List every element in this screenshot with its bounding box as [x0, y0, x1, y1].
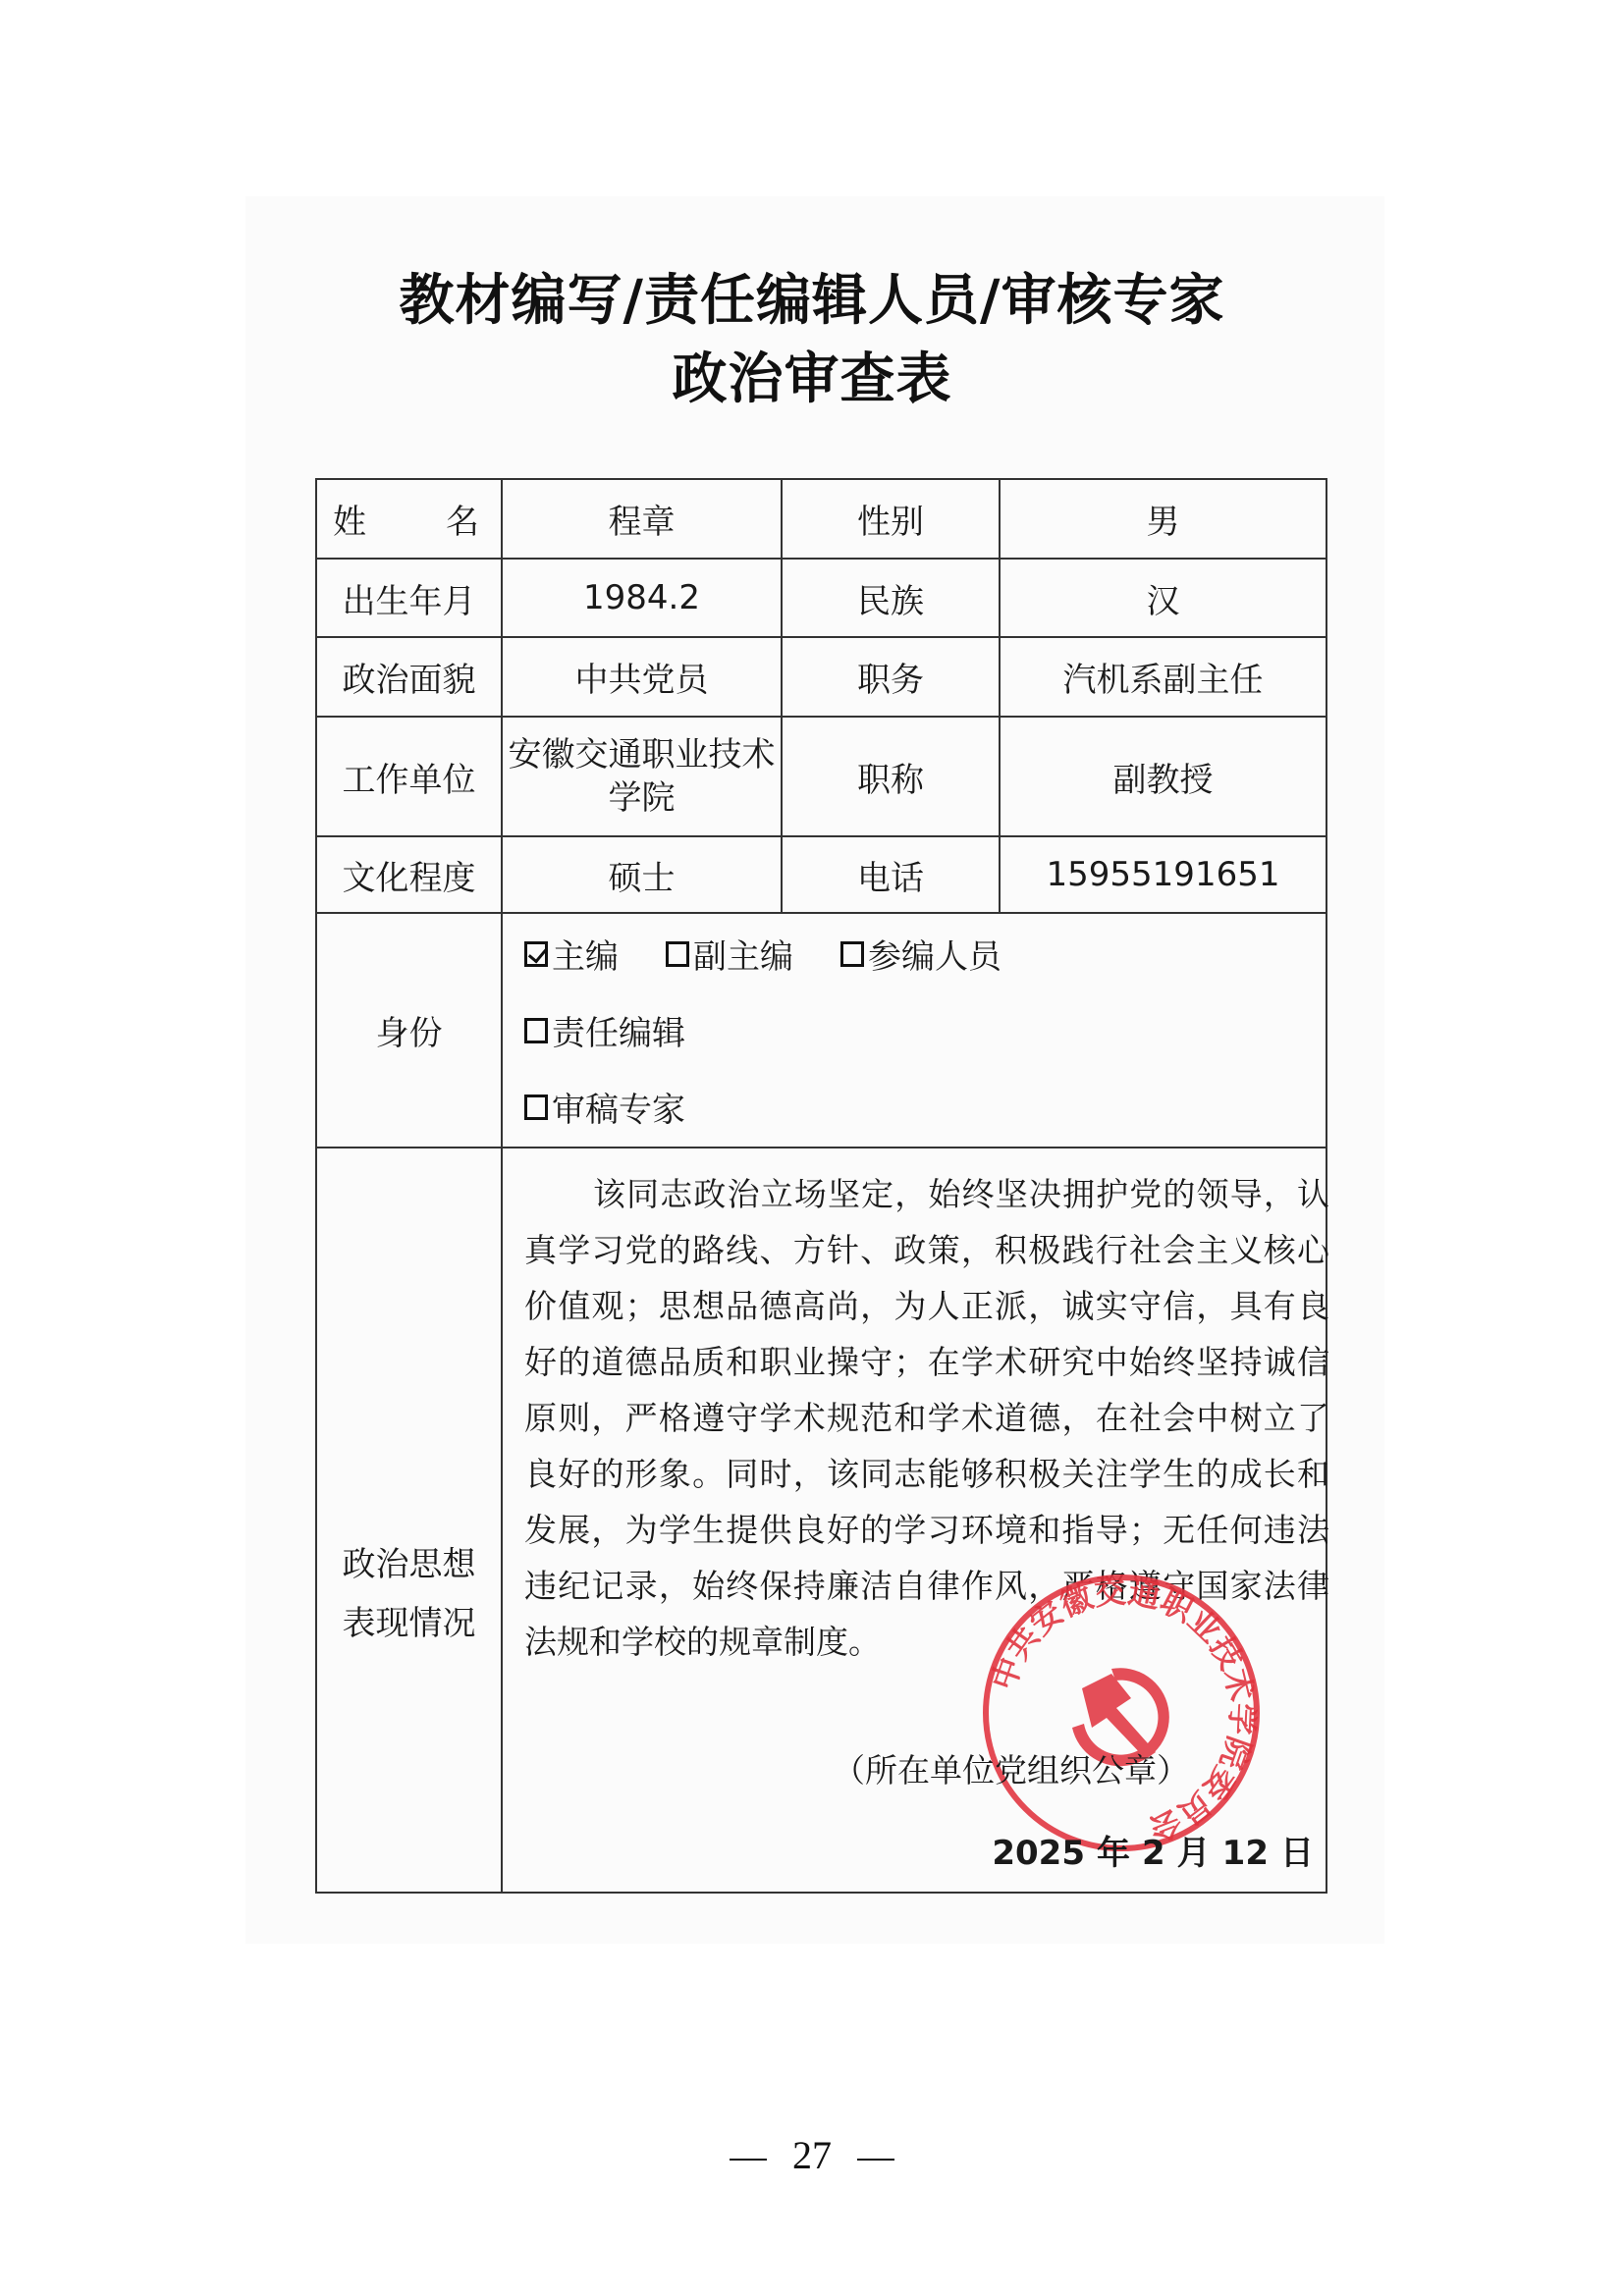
- party-seal-stamp-icon: 中共安徽交通职业技术学院委员会: [979, 1571, 1264, 1855]
- label-title: 职称: [782, 717, 1000, 836]
- label-political-review: 政治思想 表现情况: [316, 1148, 502, 1893]
- label-birth: 出生年月: [316, 559, 502, 637]
- option-responsible-editor[interactable]: 责任编辑: [524, 1006, 685, 1054]
- option-label: 副主编: [693, 930, 793, 978]
- value-position: 汽机系副主任: [1000, 637, 1326, 717]
- label-gender: 性别: [782, 479, 1000, 559]
- value-name: 程章: [502, 479, 782, 559]
- political-review-content: 该同志政治立场坚定，始终坚决拥护党的领导，认真学习党的路线、方针、政策，积极践行…: [502, 1148, 1326, 1893]
- value-gender: 男: [1000, 479, 1326, 559]
- review-form-table: 姓 名 程章 性别 男 出生年月 1984.2 民族 汉 政治面貌 中共党员 职…: [315, 478, 1327, 1894]
- checkbox-empty-icon[interactable]: [840, 941, 864, 967]
- date-day: 12: [1222, 1834, 1269, 1873]
- option-label: 审稿专家: [552, 1083, 685, 1131]
- checkbox-empty-icon[interactable]: [666, 941, 689, 967]
- review-date: 2025年2月12日: [986, 1826, 1320, 1874]
- option-label: 参编人员: [868, 930, 1001, 978]
- label-political-review-line1: 政治思想: [317, 1535, 501, 1594]
- label-name-char2: 名: [446, 495, 479, 543]
- option-deputy-editor[interactable]: 副主编: [666, 930, 793, 978]
- table-row-political: 政治面貌 中共党员 职务 汽机系副主任: [316, 637, 1326, 717]
- option-label: 责任编辑: [552, 1006, 685, 1054]
- table-row-name: 姓 名 程章 性别 男: [316, 479, 1326, 559]
- value-political-status: 中共党员: [502, 637, 782, 717]
- option-review-expert[interactable]: 审稿专家: [524, 1083, 685, 1131]
- option-contributor[interactable]: 参编人员: [840, 930, 1001, 978]
- table-row-workplace: 工作单位 安徽交通职业技术学院 职称 副教授: [316, 717, 1326, 836]
- document-subtitle: 政治审查表: [0, 336, 1624, 414]
- date-year: 2025: [992, 1834, 1085, 1873]
- label-workplace: 工作单位: [316, 717, 502, 836]
- page-number-footer: 27: [0, 2132, 1624, 2178]
- table-row-education: 文化程度 硕士 电话 15955191651: [316, 836, 1326, 913]
- page-number: 27: [792, 2133, 832, 2177]
- label-name-char1: 姓: [333, 495, 366, 543]
- date-year-unit: 年: [1097, 1834, 1130, 1873]
- table-row-birth: 出生年月 1984.2 民族 汉: [316, 559, 1326, 637]
- table-row-identity: 身份 主编 副主编 参编人员 责任编辑: [316, 913, 1326, 1148]
- label-name: 姓 名: [316, 479, 502, 559]
- value-phone: 15955191651: [1000, 836, 1326, 913]
- identity-options: 主编 副主编 参编人员 责任编辑: [502, 913, 1326, 1148]
- label-political-review-line2: 表现情况: [317, 1594, 501, 1653]
- checkbox-checked-icon[interactable]: [524, 941, 548, 967]
- value-workplace-text: 安徽交通职业技术学院: [503, 729, 781, 824]
- label-education: 文化程度: [316, 836, 502, 913]
- value-title: 副教授: [1000, 717, 1326, 836]
- seal-note: （所在单位党组织公章）: [833, 1745, 1189, 1791]
- label-phone: 电话: [782, 836, 1000, 913]
- date-month-unit: 月: [1177, 1834, 1211, 1873]
- label-ethnicity: 民族: [782, 559, 1000, 637]
- option-label: 主编: [552, 930, 619, 978]
- option-chief-editor[interactable]: 主编: [524, 930, 619, 978]
- date-day-unit: 日: [1280, 1834, 1314, 1873]
- label-identity: 身份: [316, 913, 502, 1148]
- value-workplace: 安徽交通职业技术学院: [502, 717, 782, 836]
- checkbox-empty-icon[interactable]: [524, 1095, 548, 1120]
- label-position: 职务: [782, 637, 1000, 717]
- value-ethnicity: 汉: [1000, 559, 1326, 637]
- dash-left: [730, 2159, 767, 2161]
- value-birth: 1984.2: [502, 559, 782, 637]
- checkbox-empty-icon[interactable]: [524, 1018, 548, 1043]
- label-political-status: 政治面貌: [316, 637, 502, 717]
- table-row-political-review: 政治思想 表现情况 该同志政治立场坚定，始终坚决拥护党的领导，认真学习党的路线、…: [316, 1148, 1326, 1893]
- date-month: 2: [1142, 1834, 1165, 1873]
- value-education: 硕士: [502, 836, 782, 913]
- document-title: 教材编写/责任编辑人员/审核专家: [0, 257, 1624, 336]
- dash-right: [857, 2159, 894, 2161]
